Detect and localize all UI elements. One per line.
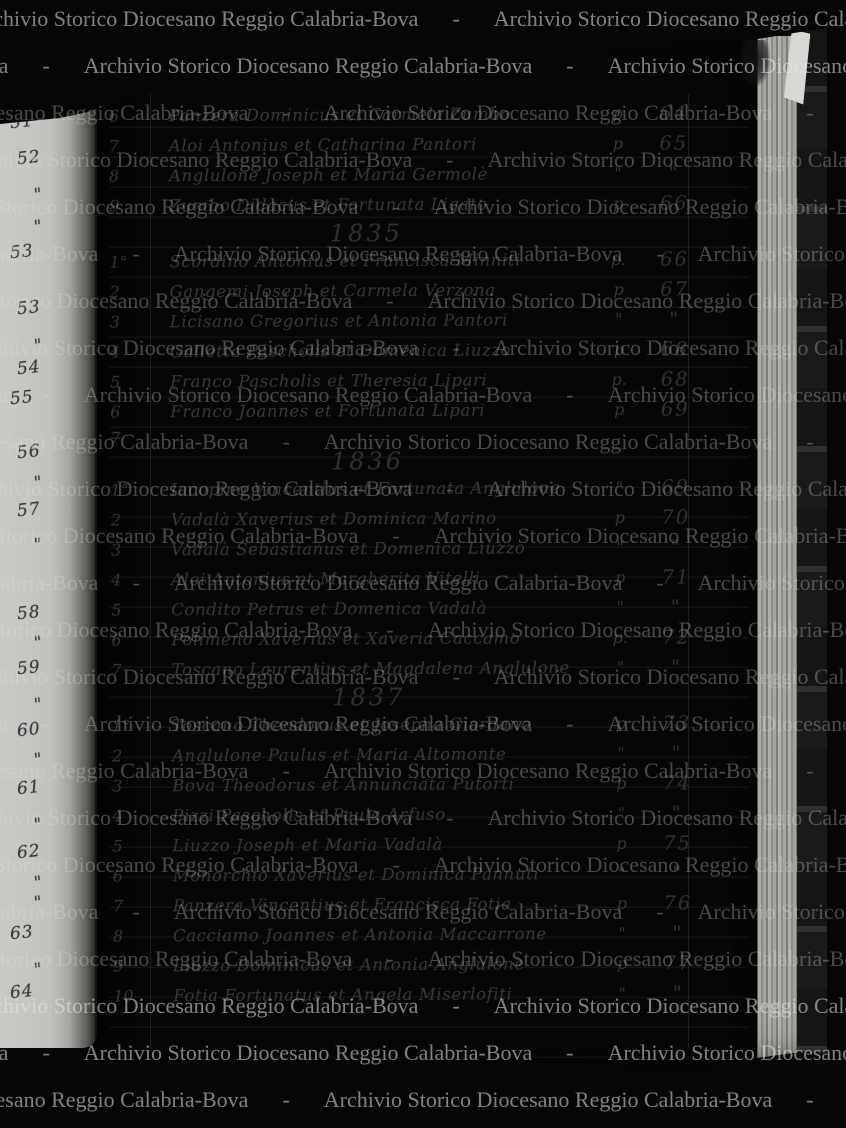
entry-number: 1° [93,247,159,277]
register-entry-row: 6Monorchio Xaverius et Dominica Pannuti"… [97,858,713,891]
year-heading: 1837 [96,682,712,711]
register-entry-row: 9Liuzzo Dominicus et Antonia Anglulonep7… [97,948,713,981]
entry-page-ref: " [642,798,712,828]
entry-names: Scordino Antonius et Francisca Minniti [159,245,597,277]
margin-number: " [33,633,44,654]
entry-number: 3 [96,771,162,801]
entry-page-marker: p [598,275,640,305]
entry-number: 6 [97,861,163,891]
entry-page-ref: " [639,158,709,188]
register-entry-row: 2Anglulone Paulus et Maria Altomonte"" [96,738,712,771]
entry-page-ref: " [640,304,710,334]
entry-page-ref: 65 [639,128,709,158]
entry-page-marker: " [600,799,642,829]
register-entry-row: 1°Scordino Antonius et Francisca Minniti… [93,244,709,277]
entry-page-ref: 73 [642,708,712,738]
entry-names: Vadalà Sebastianus et Domenica Liuzzo [161,533,599,565]
margin-number: " [33,535,44,556]
entry-page-ref: " [643,918,713,948]
entry-page-ref: 76 [643,888,713,918]
margin-number: 58 [16,602,42,624]
register-entry-row: 7Aloi Antonius et Catharina Pantorip65 [93,128,709,161]
entry-page-ref: " [642,652,712,682]
entry-names: Franco Joannes et Fortunata Lipari [160,395,598,427]
register-entry-row: 2Vadalà Xaverius et Dominica Marinop70 [95,502,711,535]
entry-number: 7 [96,655,162,685]
entry-number: 4 [94,337,160,367]
register-entry-row: 9Zumbo Didacus et Fortunata Ligatop66 [93,188,709,221]
entry-names: Franco Pascholis et Theresia Lipari [160,365,598,397]
entry-page-marker: p [597,129,639,159]
entry-page-marker: " [599,473,641,503]
entry-names: Toscano Theodorus et Josepha Giordano [162,709,600,741]
entry-number: 7 [93,131,159,161]
register-entry-row: 7Toscano Laurentius et Magdalena Anglulo… [96,652,712,685]
entry-page-ref: 69 [641,472,711,502]
entry-number: 1° [95,475,161,505]
entry-names: Anglulone Joseph et Maria Germolè [159,159,597,191]
entry-number: 4 [95,565,161,595]
register-entry-row: 5Franco Pascholis et Theresia Liparip.68 [94,364,710,397]
margin-number: " [33,336,44,357]
entry-names: Condito Petrus et Domenica Vadalà [161,593,599,625]
entry-page-marker: p [601,889,643,919]
entry-page-marker: " [601,859,643,889]
entry-page-marker: " [600,653,642,683]
entry-number: 6 [95,625,161,655]
entry-page-ref: " [642,738,712,768]
entry-page-ref: 64 [639,98,709,128]
entry-page-marker: p [598,395,640,425]
entry-page-marker: p [598,335,640,365]
entry-names: Panzera Vincentius et Francisca Fotia [163,889,601,921]
entry-page-ref: 69 [640,394,710,424]
entry-names: Vadalà Xaverius et Dominica Marino [161,503,599,535]
ink-blotch [740,40,770,86]
entry-number: 7 [97,891,163,921]
margin-number: 53 [16,297,42,319]
entry-page-marker: p [599,503,641,533]
register-entry-row: 5Condito Petrus et Domenica Vadalà"" [95,592,711,625]
entry-page-marker: " [598,305,640,335]
entry-names: Pizzi Pascholis et Paula Arfuso [162,799,600,831]
margin-number: 57 [16,499,42,521]
entry-page-marker: " [599,533,641,563]
entry-page-ref: " [641,532,711,562]
margin-number: " [33,473,44,494]
margin-number: 61 [16,777,42,799]
margin-number: 52 [16,147,42,169]
entry-page-ref: 68 [640,334,710,364]
entry-number: 6 [94,397,160,427]
entry-page-marker: p. [598,365,640,395]
margin-number: " [33,185,44,206]
entry-number: 9 [93,191,159,221]
entry-page-ref: 67 [640,274,710,304]
margin-number: " [33,217,44,238]
entry-page-marker: " [601,919,643,949]
margin-number: " [33,960,44,981]
entry-names: Zumbo Didacus et Fortunata Ligato [159,189,597,221]
entry-page-marker: p [600,769,642,799]
entry-number: 5 [94,367,160,397]
entry-names: Liuzzo Joseph et Maria Vadalà [162,829,600,861]
year-heading: 1835 [93,218,709,247]
register-entry-row: 4Pizzi Pascholis et Paula Arfuso"" [96,798,712,831]
entry-names: Anglulone Paulus et Maria Altomonte [162,739,600,771]
margin-number: 62 [16,841,42,863]
register-entry-row: 6Panzera Dominicus et Carmela Zumbop64 [93,98,709,131]
entry-number: 2 [96,741,162,771]
margin-number: 54 [16,357,42,379]
margin-number: " [33,695,44,716]
entry-names: Liuzzo Dominicus et Antonia Anglulone [163,949,601,981]
register-page: 6Panzera Dominicus et Carmela Zumbop647A… [95,36,757,1066]
margin-number: 55 [9,387,35,409]
register-entry-row: 8Anglulone Joseph et Maria Germolè"" [93,158,709,191]
margin-number: " [33,815,44,836]
book-fore-edge [757,36,798,1066]
entry-names: Galletta Pascholis et Domenica Liuzzo [160,335,598,367]
register-entry-row: 4Aloi Antonius et Margherita Vitellip71 [95,562,711,595]
register-entry-row: 3Bova Theodorus et Annunciata Putortip74 [96,768,712,801]
entry-names: Gangemi Joseph et Carmela Verzona [160,275,598,307]
entry-page-ref: 75 [642,828,712,858]
entry-number: 2 [95,505,161,535]
entry-page-marker: p [600,709,642,739]
margin-number: " [33,750,44,771]
entry-number: 4 [96,801,162,831]
entry-page-marker: p [600,829,642,859]
entry-page-marker: p. [599,623,641,653]
margin-number: " [33,873,44,894]
entry-page-marker: p [599,563,641,593]
entry-page-ref: " [643,858,713,888]
register-entry-row: 3Licisano Gregorius et Antonia Pantori"" [94,304,710,337]
register-entry-row: 10Fotia Fortunatus et Angela Miserlofiti… [97,978,713,1011]
entry-number: 3 [94,307,160,337]
entry-names: Fotia Fortunatus et Angela Miserlofiti [163,979,601,1011]
margin-number: 59 [16,657,42,679]
register-entry-row: 3Vadalà Sebastianus et Domenica Liuzzo"" [95,532,711,565]
entry-names: Licisano Gregorius et Antonia Pantori [160,305,598,337]
entry-page-marker: " [599,593,641,623]
margin-number: 60 [16,719,42,741]
entry-page-marker: p. [597,245,639,275]
register-entry-row: 1°Toscano Theodorus et Josepha Giordanop… [96,708,712,741]
binding-torn-strip [797,28,827,1070]
entry-page-ref: 72 [641,622,711,652]
margin-number: 63 [9,922,35,944]
register-entry-row: 7 [94,424,710,449]
entry-page-marker: " [600,739,642,769]
margin-number: 56 [16,441,42,463]
register-entry-row: 6Polimeno Xaverius et Xaveria Caccamop.7… [95,622,711,655]
entry-number: 3 [95,535,161,565]
entry-page-ref: 74 [642,768,712,798]
entry-number: 1° [96,711,162,741]
register-entries: 6Panzera Dominicus et Carmela Zumbop647A… [93,98,714,1011]
entry-page-marker: p [597,189,639,219]
margin-number: 64 [9,981,35,1003]
register-entry-row: 4Galletta Pascholis et Domenica Liuzzop6… [94,334,710,367]
entry-page-ref: 71 [641,562,711,592]
entry-names: Bova Theodorus et Annunciata Putorti [162,769,600,801]
entry-page-ref: 77 [643,948,713,978]
register-entry-row: 5Liuzzo Joseph et Maria Vadalàp75 [96,828,712,861]
entry-number: 8 [97,921,163,951]
entry-page-marker: " [597,159,639,189]
entry-names [160,436,598,438]
entry-page-marker: " [601,979,643,1009]
entry-page-ref: " [643,978,713,1008]
entry-number: 5 [96,831,162,861]
entry-page-ref: " [641,592,711,622]
entry-names: Aloi Antonius et Margherita Vitelli [161,563,599,595]
margin-number: " [33,893,44,914]
entry-names: Panzera Dominicus et Carmela Zumbo [159,99,597,131]
entry-number: 9 [97,951,163,981]
entry-page-ref: 68 [640,364,710,394]
entry-names: Iacopino Vincentius et Fortunata Anglulo… [161,473,599,505]
entry-page-ref: 70 [641,502,711,532]
entry-names: Aloi Antonius et Catharina Pantori [159,129,597,161]
entry-names: Monorchio Xaverius et Dominica Pannuti [163,859,601,891]
register-entry-row: 7Panzera Vincentius et Francisca Fotiap7… [97,888,713,921]
entry-names: Polimeno Xaverius et Xaveria Caccamo [161,623,599,655]
archive-photo: 5152""5353"545556"57"58"59"60"61"62""63"… [0,0,846,1128]
entry-number: 8 [93,161,159,191]
entry-page-marker: p [597,99,639,129]
entry-number: 7 [94,427,160,449]
register-entry-row: 2Gangemi Joseph et Carmela Verzonap67 [94,274,710,307]
entry-names: Cacciamo Joannes et Antonia Maccarrone [163,919,601,951]
entry-number: 2 [94,277,160,307]
entry-page-ref: 66 [639,188,709,218]
entry-page-marker: p [601,949,643,979]
entry-number: 10 [97,981,163,1011]
year-heading: 1836 [94,446,710,475]
entry-page-ref: 66 [639,244,709,274]
register-entry-row: 8Cacciamo Joannes et Antonia Maccarrone"… [97,918,713,951]
register-entry-row: 1°Iacopino Vincentius et Fortunata Anglu… [95,472,711,505]
register-entry-row: 6Franco Joannes et Fortunata Liparip69 [94,394,710,427]
entry-names: Toscano Laurentius et Magdalena Anglulon… [162,653,600,685]
entry-number: 5 [95,595,161,625]
margin-number: 53 [9,241,35,263]
